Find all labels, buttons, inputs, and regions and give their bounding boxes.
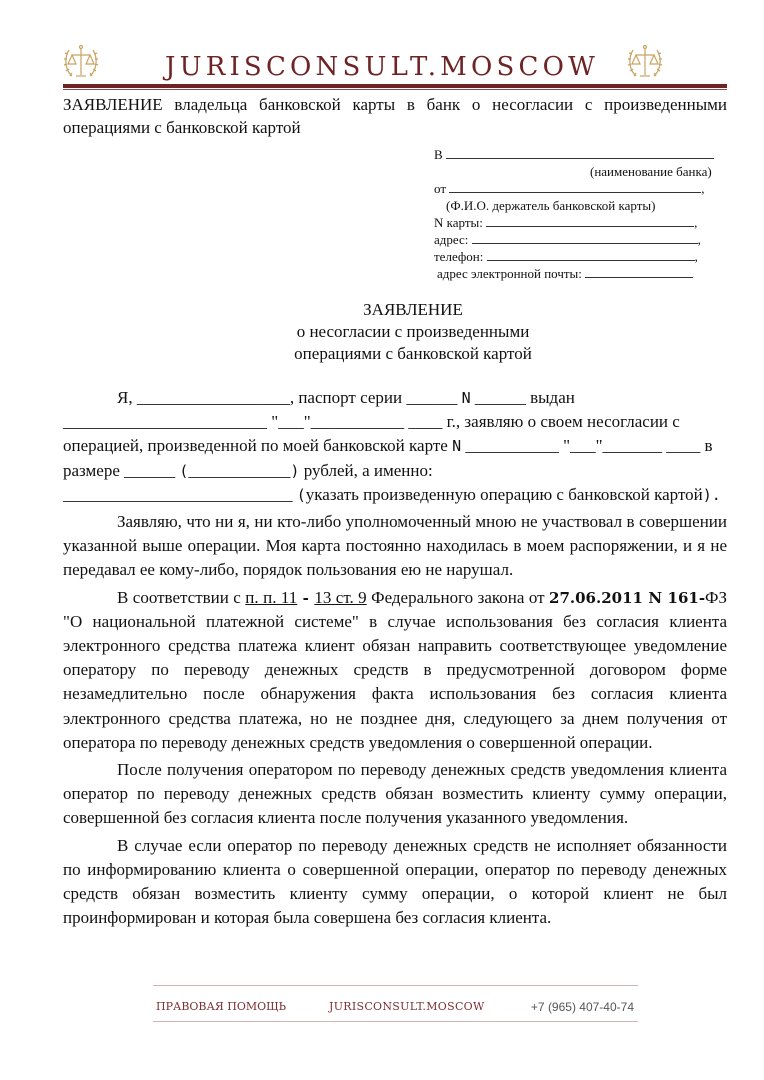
- heading-line-1: ЗАЯВЛЕНИЕ: [0, 299, 764, 321]
- header-divider-thin: [63, 89, 727, 90]
- address-row: адрес: ,: [434, 231, 734, 248]
- paragraph-operation-description: ___________________________ (указать про…: [63, 483, 727, 507]
- bank-name-field[interactable]: [446, 146, 714, 159]
- law-reference: 27.06.2011 N 161-: [549, 589, 705, 607]
- text: ______ выдан: [471, 388, 575, 407]
- footer-tagline: ПРАВОВАЯ ПОМОЩЬ: [156, 1000, 286, 1013]
- email-row: адрес электронной почты:: [434, 265, 734, 282]
- paren: (: [297, 486, 306, 504]
- email-field[interactable]: [585, 265, 693, 278]
- number-sign: N: [452, 437, 461, 455]
- paragraph-legal-basis: В соответствии с п. п. 11 - 13 ст. 9 Фед…: [63, 586, 727, 755]
- dash: -: [297, 589, 314, 607]
- card-number-label: N карты:: [434, 215, 483, 230]
- card-number-field[interactable]: [486, 214, 694, 227]
- header-divider: [63, 84, 727, 88]
- footer-phone[interactable]: +7 (965) 407-40-74: [531, 1000, 634, 1014]
- text: ФЗ "О национальной платежной системе" в …: [63, 588, 727, 752]
- bank-row: В: [434, 146, 734, 163]
- footer-site-link[interactable]: JURISCONSULT.MOSCOW: [329, 1000, 485, 1013]
- phone-field[interactable]: [487, 248, 695, 261]
- text: рублей, а именно:: [299, 461, 432, 480]
- text: Я, __________________, паспорт серии ___…: [117, 388, 462, 407]
- bank-hint: (наименование банка): [434, 163, 734, 180]
- heading-line-2: о несогласии с произведенными: [0, 321, 764, 343]
- paren: ).: [703, 486, 721, 504]
- text: Федерального закона от: [367, 588, 549, 607]
- to-label: В: [434, 147, 443, 162]
- scales-of-justice-icon: [627, 42, 663, 82]
- law-link-items[interactable]: п. п. 11: [245, 588, 297, 607]
- footer-divider-bottom: [153, 1021, 638, 1022]
- from-label: от: [434, 181, 446, 196]
- comma: ,: [694, 215, 697, 230]
- comma: ,: [701, 181, 704, 196]
- heading-line-3: операциями с банковской картой: [0, 343, 764, 365]
- from-row: от ,: [434, 180, 734, 197]
- page-header: JURISCONSULT.MOSCOW: [0, 0, 764, 100]
- card-row: N карты: ,: [434, 214, 734, 231]
- document-title: ЗАЯВЛЕНИЕ владельца банковской карты в б…: [63, 93, 727, 139]
- email-label: адрес электронной почты:: [437, 266, 582, 281]
- page-footer: ПРАВОВАЯ ПОМОЩЬ JURISCONSULT.MOSCOW +7 (…: [153, 1000, 638, 1014]
- address-field[interactable]: [472, 231, 698, 244]
- paragraph-non-participation: Заявляю, что ни я, ни кто-либо уполномоч…: [63, 510, 727, 583]
- comma: ,: [695, 249, 698, 264]
- paragraph-applicant-details: Я, __________________, паспорт серии ___…: [63, 386, 727, 410]
- paragraph-refund-obligation: После получения оператором по переводу д…: [63, 758, 727, 831]
- paragraph-non-notification: В случае если оператор по переводу денеж…: [63, 834, 727, 931]
- statement-body: Я, __________________, паспорт серии ___…: [63, 386, 727, 930]
- addressee-block: В (наименование банка) от , (Ф.И.О. держ…: [434, 146, 734, 282]
- text: указать произведенную операцию с банковс…: [306, 485, 703, 504]
- footer-divider-top: [153, 985, 638, 986]
- holder-name-field[interactable]: [449, 180, 701, 193]
- number-sign: N: [462, 389, 471, 407]
- paragraph-operation-details: ________________________ "___"__________…: [63, 410, 727, 483]
- phone-row: телефон: ,: [434, 248, 734, 265]
- text: ____________: [188, 461, 290, 480]
- holder-hint: (Ф.И.О. держатель банковской карты): [434, 197, 734, 214]
- statement-heading: ЗАЯВЛЕНИЕ о несогласии с произведенными …: [0, 299, 764, 365]
- comma: ,: [698, 232, 701, 247]
- law-link-article[interactable]: 13 ст. 9: [314, 588, 366, 607]
- text: В соответствии с: [117, 588, 245, 607]
- address-label: адрес:: [434, 232, 468, 247]
- text: ___________________________: [63, 485, 297, 504]
- phone-label: телефон:: [434, 249, 483, 264]
